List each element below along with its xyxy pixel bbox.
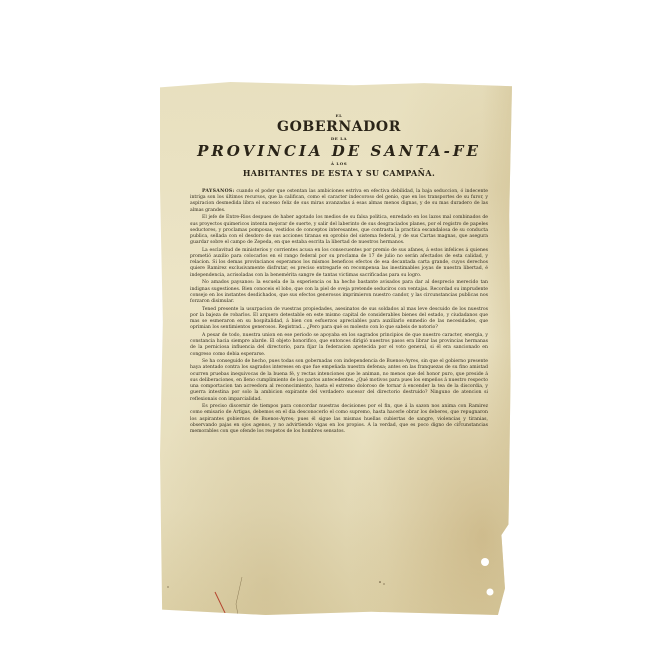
document-content: EL GOBERNADOR DE LA PROVINCIA DE SANTA-F…	[190, 112, 488, 437]
paragraph: Es preciso discernir de tiempos para con…	[190, 404, 488, 435]
paragraph: Se ha conseguido de hecho, pues todas so…	[190, 359, 488, 402]
header-article: EL	[190, 112, 488, 119]
header-connector-2: Á LOS	[190, 160, 488, 167]
paragraph: La esclavitud de ministerios y corriente…	[190, 248, 488, 279]
document-sheet: EL GOBERNADOR DE LA PROVINCIA DE SANTA-F…	[160, 82, 512, 615]
header-title: GOBERNADOR	[190, 119, 488, 135]
paragraph: PAYSANOS: cuando el poder que ostentan l…	[190, 189, 488, 214]
paragraph: A pesar de todo, nuestra union en ese pe…	[190, 333, 488, 358]
header-audience: HABITANTES DE ESTA Y SU CAMPAÑA.	[190, 167, 488, 179]
document-header: EL GOBERNADOR DE LA PROVINCIA DE SANTA-F…	[190, 112, 488, 179]
paragraph: El jefe de Entre-Rios despues de haber a…	[190, 215, 488, 246]
document-body: PAYSANOS: cuando el poder que ostentan l…	[190, 189, 488, 435]
paragraph: No amados paysanos: la escuela de la exp…	[190, 280, 488, 305]
paragraph: Tened presente la usurpacion de vuestras…	[190, 307, 488, 332]
header-province: PROVINCIA DE SANTA-FE	[190, 142, 488, 160]
header-connector-1: DE LA	[190, 135, 488, 142]
